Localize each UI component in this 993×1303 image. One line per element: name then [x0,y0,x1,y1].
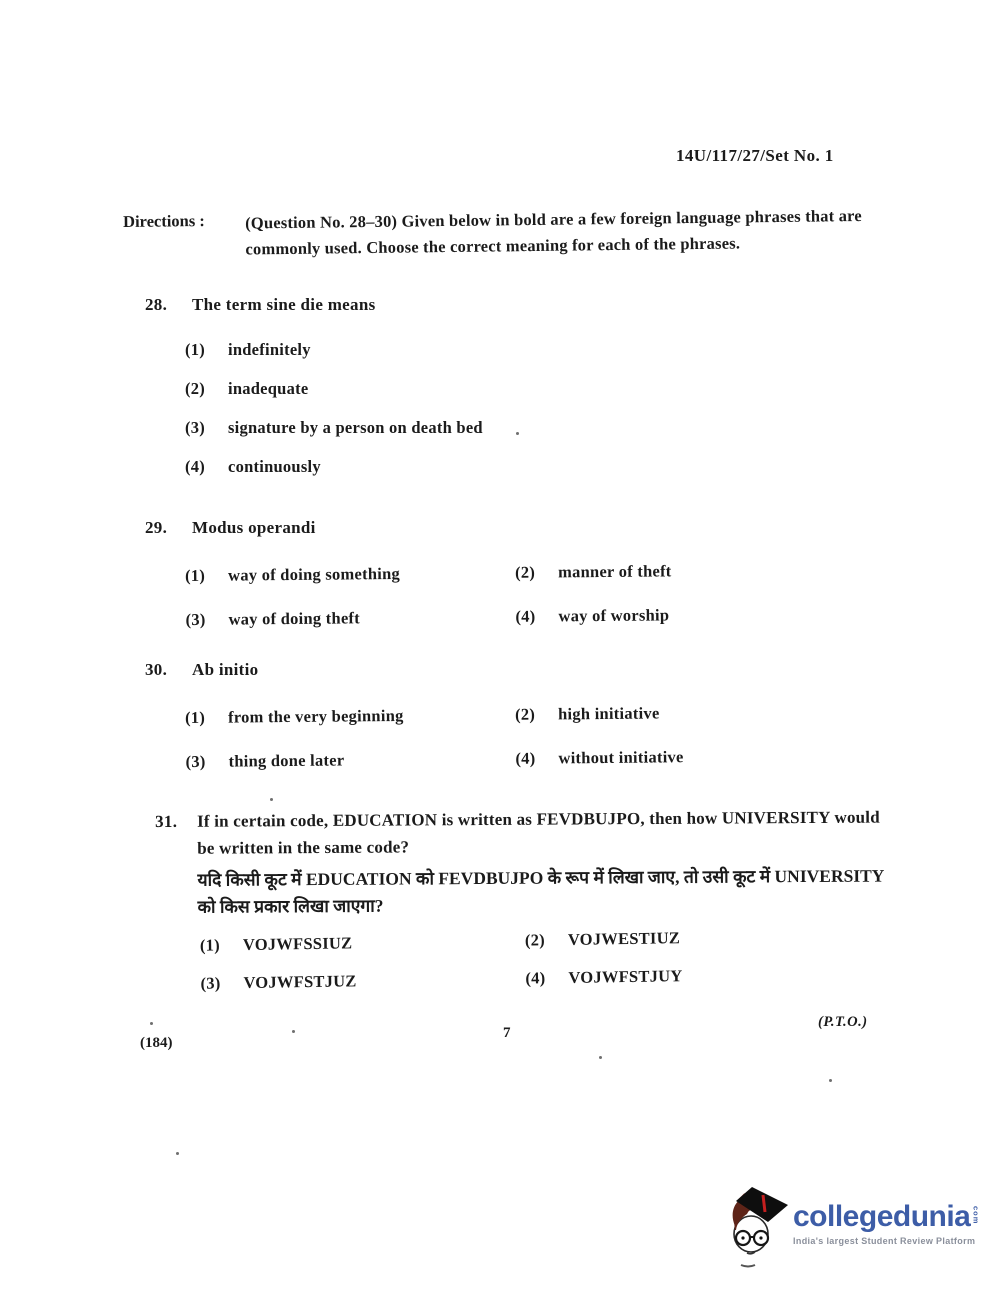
option-text: VOJWFSSIUZ [243,932,353,956]
option-number: (4) [525,967,568,990]
option-number: (1) [185,707,228,729]
option-text: VOJWFSTJUZ [243,970,356,994]
scan-artifact [599,1056,602,1059]
option-number: (4) [515,747,558,769]
option-29-2: (2) manner of theft [515,560,672,584]
option-number: (2) [525,929,568,952]
option-text: continuously [228,456,321,478]
booklet-code: (184) [140,1035,173,1052]
collegedunia-logo-text: collegedunia com India's largest Student… [793,1186,980,1246]
option-text: thing done later [228,749,344,772]
exam-paper-page: 14U/117/27/Set No. 1 Directions : (Quest… [0,0,993,1303]
question-28-heading: 28. The term sine die means [145,295,483,315]
option-number: (1) [200,934,243,957]
option-text: indefinitely [228,339,311,361]
collegedunia-logo: collegedunia com India's largest Student… [725,1186,980,1270]
option-28-2: (2) inadequate [185,378,483,400]
scan-artifact [516,432,519,435]
turn-over-note: (P.T.O.) [818,1014,868,1031]
question-31-number: 31. [155,812,197,832]
question-29-title: Modus operandi [192,518,316,538]
option-text: without initiative [558,746,683,769]
collegedunia-wordmark: collegedunia [793,1202,970,1232]
option-31-3: (3) VOJWFSTJUZ [200,968,525,995]
question-31-text-english: If in certain code, EDUCATION is written… [197,803,892,861]
option-30-2: (2) high initiative [515,702,683,726]
option-text: manner of theft [558,560,672,583]
question-30-options: (1) from the very beginning (2) high ini… [185,702,684,773]
scan-artifact [829,1079,832,1082]
option-text: inadequate [228,378,308,400]
question-30-number: 30. [145,660,192,680]
option-text: high initiative [558,702,660,725]
scan-artifact [150,1022,153,1025]
question-29-options: (1) way of doing something (2) manner of… [185,560,672,631]
option-31-4: (4) VOJWFSTJUY [525,962,903,990]
collegedunia-tagline: India's largest Student Review Platform [793,1236,980,1246]
question-30-title: Ab initio [192,660,258,680]
question-28-title: The term sine die means [192,295,376,315]
question-31-options: (1) VOJWFSSIUZ (2) VOJWESTIUZ (3) VOJWFS… [200,924,904,995]
option-number: (2) [515,561,558,583]
collegedunia-tld: com [971,1206,980,1224]
option-28-3: (3) signature by a person on death bed [185,417,483,439]
collegedunia-mascot-icon [725,1186,791,1270]
question-29: 29. Modus operandi (1) way of doing some… [145,518,671,631]
directions-section: Directions : (Question No. 28–30) Given … [123,203,884,264]
option-number: (2) [515,703,558,725]
option-30-4: (4) without initiative [515,746,683,770]
option-text: way of doing theft [228,607,360,630]
option-28-1: (1) indefinitely [185,339,483,361]
option-31-1: (1) VOJWFSSIUZ [200,930,525,957]
option-29-4: (4) way of worship [515,604,672,628]
option-text: from the very beginning [228,705,404,729]
directions-text: (Question No. 28–30) Given below in bold… [245,203,878,263]
directions-label: Directions : [123,211,246,264]
option-number: (3) [185,751,228,773]
option-number: (1) [185,339,228,361]
option-30-1: (1) from the very beginning [185,704,515,729]
question-28-number: 28. [145,295,192,315]
option-text: way of worship [558,604,669,627]
scan-artifact [292,1030,295,1033]
question-30-heading: 30. Ab initio [145,660,683,680]
option-text: VOJWESTIUZ [568,927,681,951]
option-text: signature by a person on death bed [228,417,483,439]
question-29-heading: 29. Modus operandi [145,518,671,538]
option-number: (1) [185,565,228,587]
option-number: (3) [185,417,228,439]
option-number: (4) [185,456,228,478]
page-number: 7 [503,1025,511,1042]
question-28: 28. The term sine die means (1) indefini… [145,295,483,495]
option-text: VOJWFSTJUY [568,965,682,989]
question-30: 30. Ab initio (1) from the very beginnin… [145,660,683,773]
option-number: (2) [185,378,228,400]
question-29-number: 29. [145,518,192,538]
question-31-body: If in certain code, EDUCATION is written… [197,803,903,994]
option-28-4: (4) continuously [185,456,483,478]
option-number: (4) [515,605,558,627]
scan-artifact [176,1152,179,1155]
question-31: 31. If in certain code, EDUCATION is wri… [155,807,903,995]
question-31-text-hindi: यदि किसी कूट में EDUCATION को FEVDBUJPO … [197,862,902,920]
option-number: (3) [200,972,243,995]
option-number: (3) [185,609,228,631]
option-30-3: (3) thing done later [185,748,515,773]
option-29-3: (3) way of doing theft [185,606,515,631]
option-31-2: (2) VOJWESTIUZ [525,924,903,952]
option-29-1: (1) way of doing something [185,562,515,587]
question-28-options: (1) indefinitely (2) inadequate (3) sign… [185,339,483,478]
scan-artifact [270,798,273,801]
option-text: way of doing something [228,563,400,587]
paper-set-code: 14U/117/27/Set No. 1 [676,146,834,166]
